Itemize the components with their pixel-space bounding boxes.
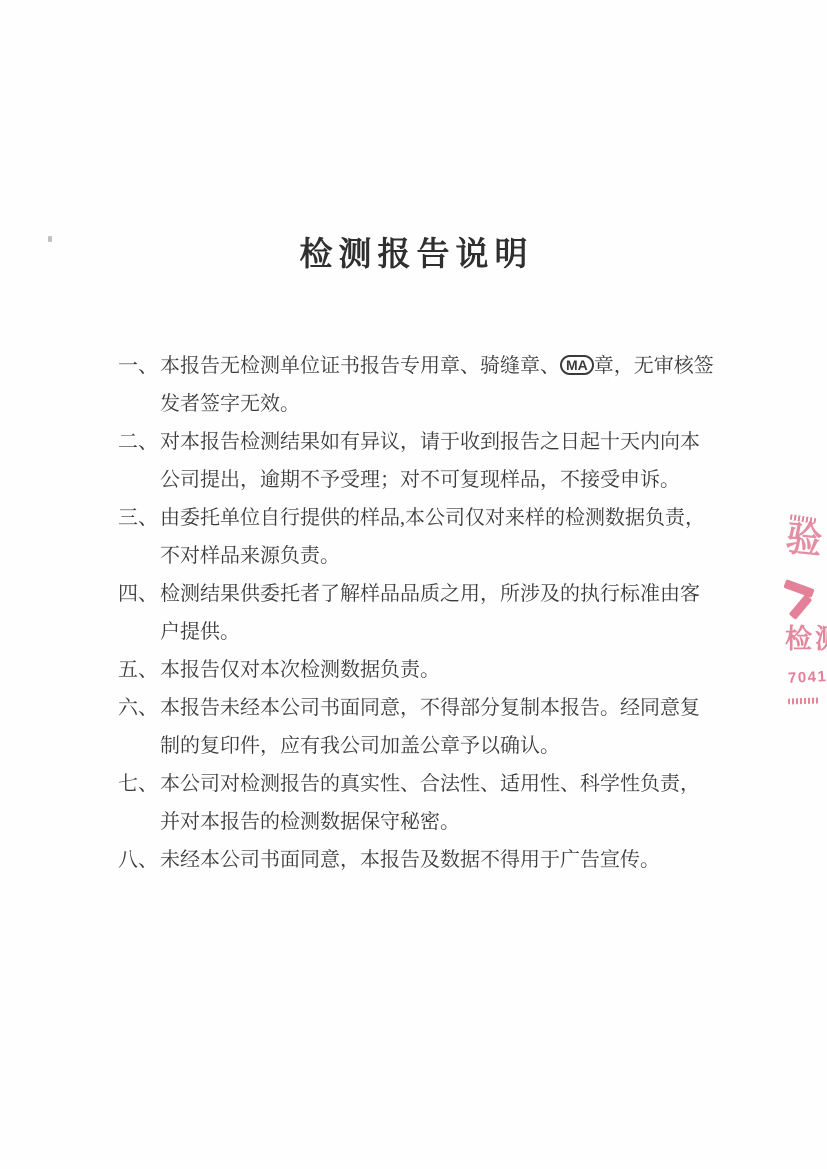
item-text: 本报告无检测单位证书报告专用章、骑缝章、MA章，无审核签 发者签字无效。 [160,355,714,415]
item-number: 七、 [118,765,158,803]
seal-serial-digits: 7041 [788,668,827,687]
item-number: 三、 [118,499,158,537]
seal-arc-text-bottom [788,697,820,704]
scan-artifact-speck [48,236,52,242]
item-number: 二、 [118,423,158,461]
item-number: 六、 [118,689,158,727]
report-instructions-page: 检测报告说明 一、本报告无检测单位证书报告专用章、骑缝章、MA章，无审核签 发者… [0,0,827,1169]
item-number: 四、 [118,575,158,613]
page-title: 检测报告说明 [0,228,827,275]
red-seal-stamp: 验 检测 7041 [780,512,827,722]
item-number: 一、 [118,347,158,385]
item-text: 检测结果供委托者了解样品品质之用，所涉及的执行标准由客 户提供。 [160,583,700,643]
seal-character-top: 验 [784,518,824,562]
item-text: 本报告仅对本次检测数据负责。 [160,659,440,681]
note-item: 三、由委托单位自行提供的样品,本公司仅对来样的检测数据负责， 不对样品来源负责。 [118,499,718,575]
item-text: 未经本公司书面同意，本报告及数据不得用于广告宣传。 [160,849,660,871]
cma-mark: MA [560,355,594,375]
note-item: 一、本报告无检测单位证书报告专用章、骑缝章、MA章，无审核签 发者签字无效。 [118,347,718,423]
item-text: 由委托单位自行提供的样品,本公司仅对来样的检测数据负责， 不对样品来源负责。 [160,507,705,567]
item-text: 本公司对检测报告的真实性、合法性、适用性、科学性负责， 并对本报告的检测数据保守… [160,773,700,833]
note-item: 五、本报告仅对本次检测数据负责。 [118,651,718,689]
note-item: 八、未经本公司书面同意，本报告及数据不得用于广告宣传。 [118,841,718,879]
seal-character-mid: 检测 [785,624,827,654]
item-text: 本报告未经本公司书面同意，不得部分复制本报告。经同意复 制的复印件，应有我公司加… [160,697,700,757]
item-number: 五、 [118,651,158,689]
seal-star-icon [784,578,822,622]
note-item: 二、对本报告检测结果如有异议，请于收到报告之日起十天内向本 公司提出，逾期不予受… [118,423,718,499]
item-number: 八、 [118,841,158,879]
note-item: 七、本公司对检测报告的真实性、合法性、适用性、科学性负责， 并对本报告的检测数据… [118,765,718,841]
notes-list: 一、本报告无检测单位证书报告专用章、骑缝章、MA章，无审核签 发者签字无效。 二… [118,347,718,879]
note-item: 六、本报告未经本公司书面同意，不得部分复制本报告。经同意复 制的复印件，应有我公… [118,689,718,765]
item-text: 对本报告检测结果如有异议，请于收到报告之日起十天内向本 公司提出，逾期不予受理；… [160,431,700,491]
note-item: 四、检测结果供委托者了解样品品质之用，所涉及的执行标准由客 户提供。 [118,575,718,651]
